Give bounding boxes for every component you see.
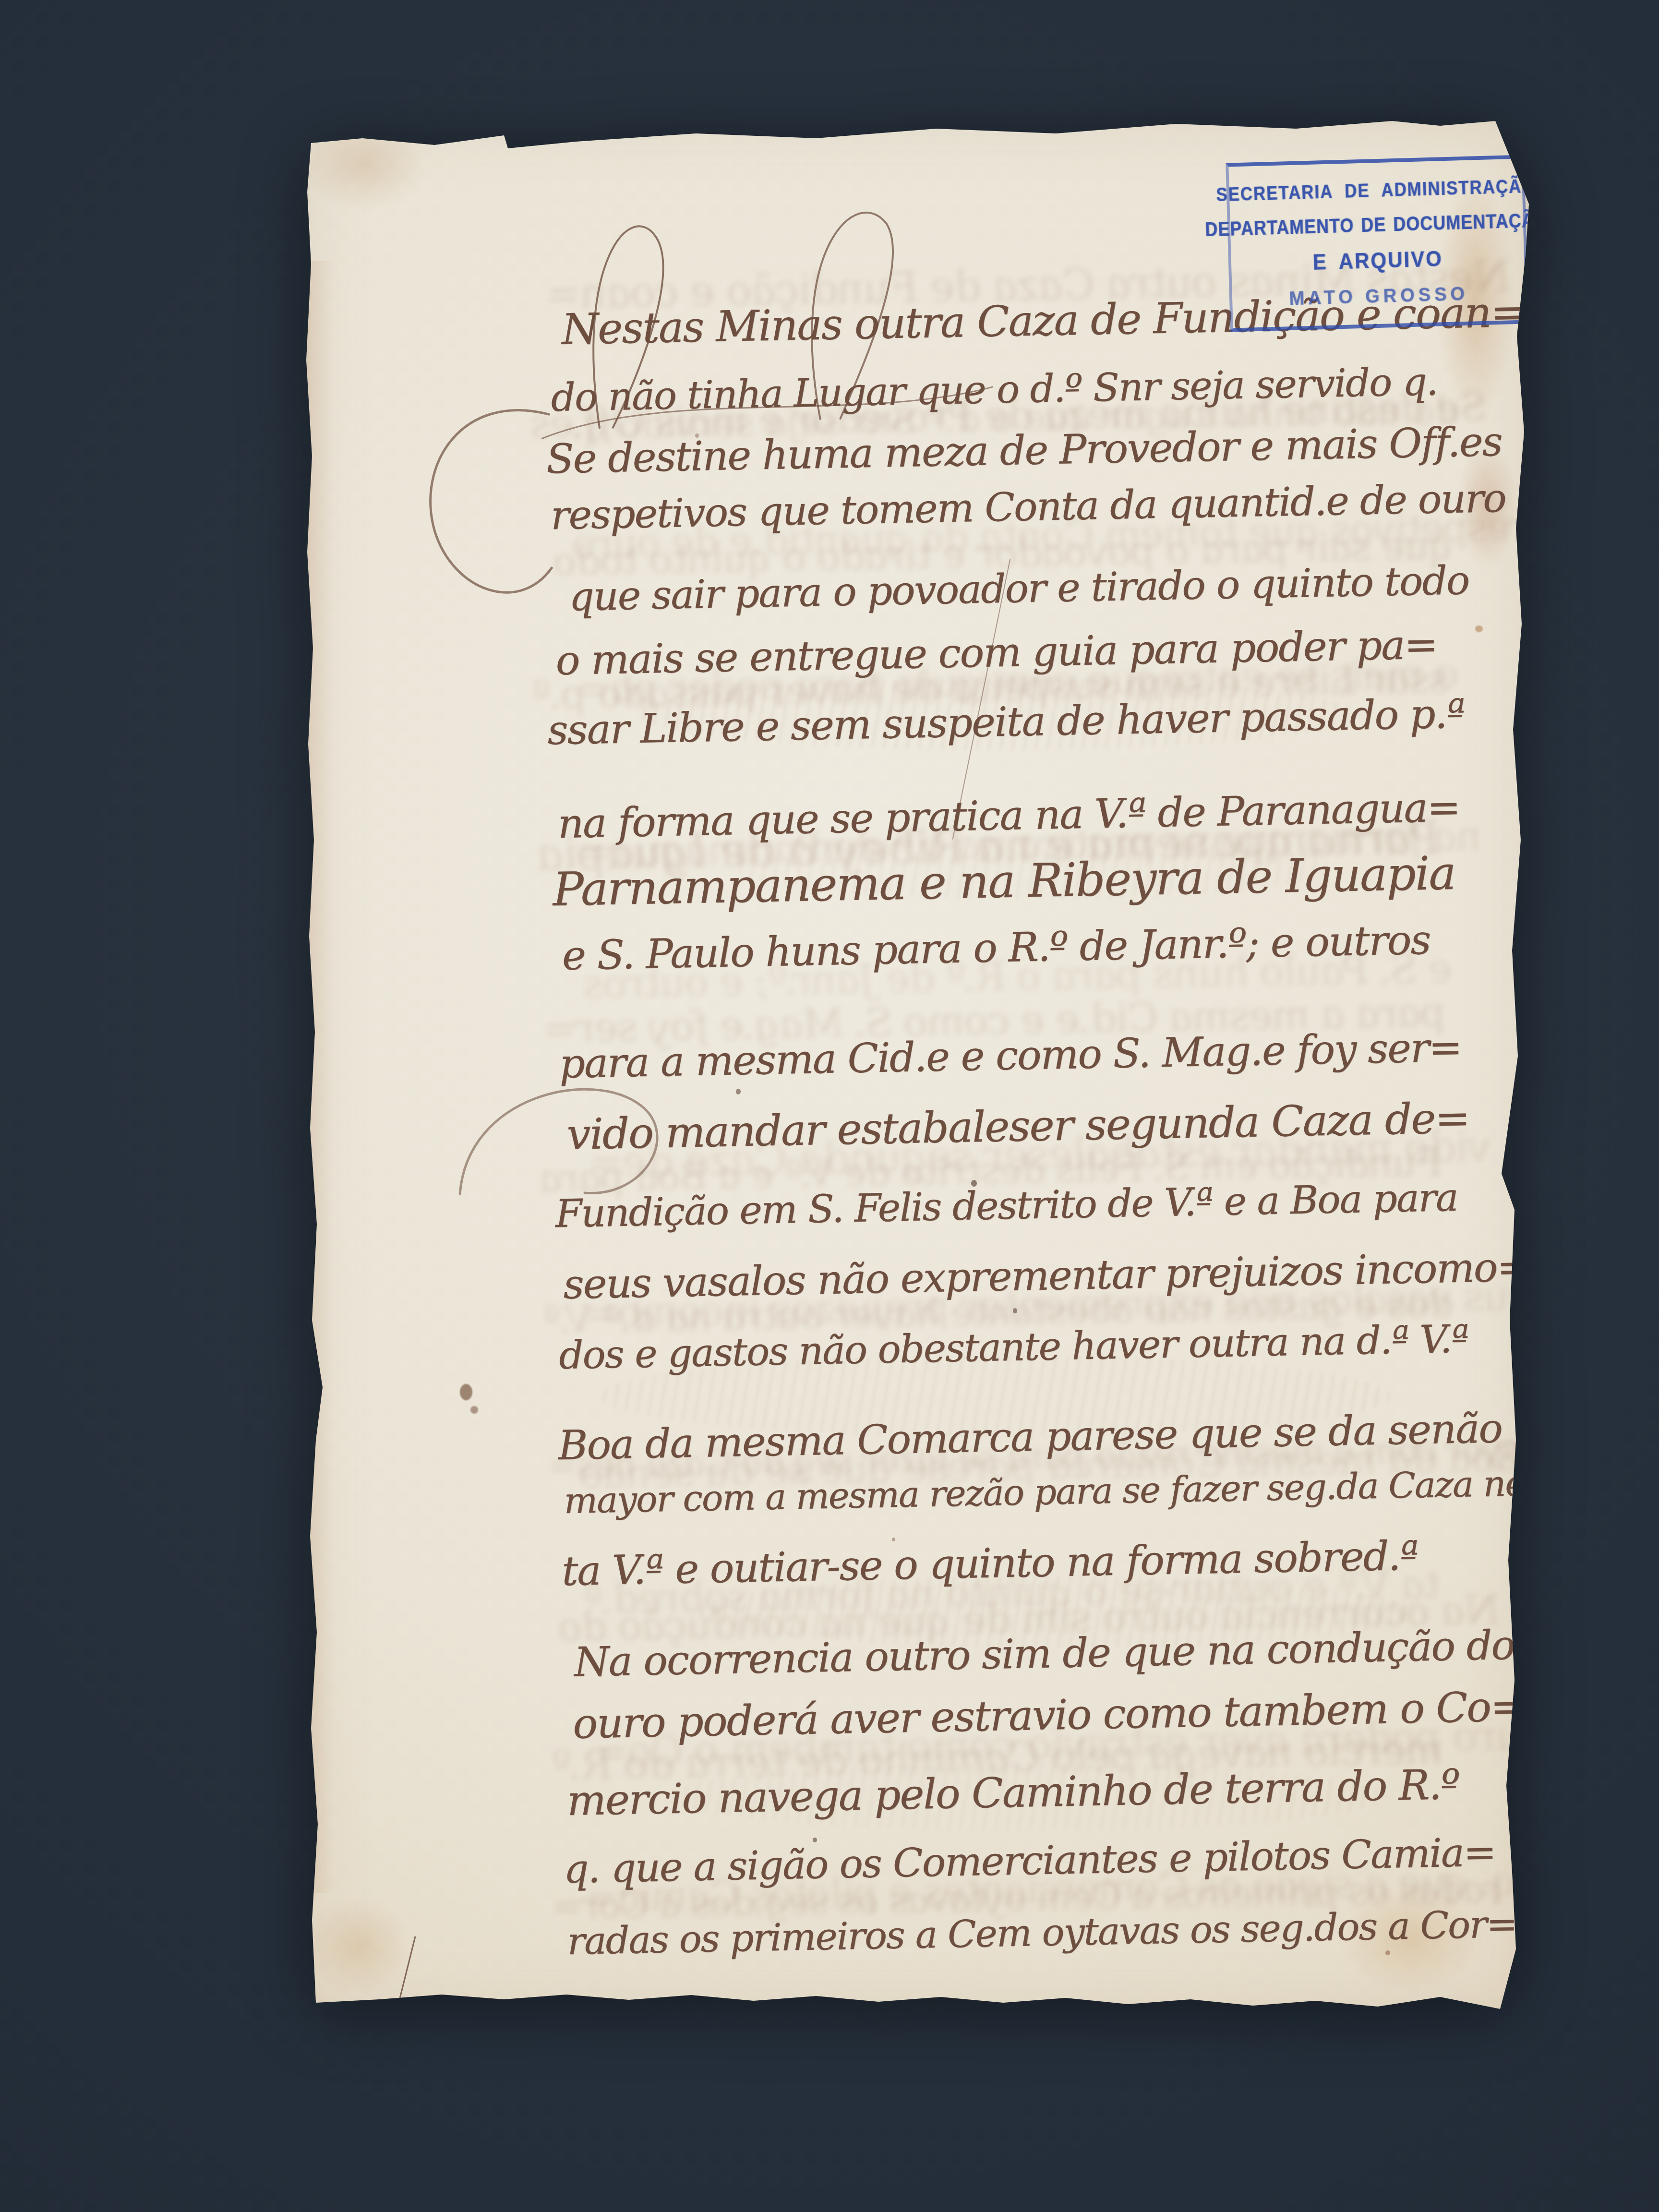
paper-shadow-wrap: Nestas Minas outra Caza de Fundição e co… — [0, 0, 1659, 2212]
stamp-line-arquivo: E ARQUIVO — [1312, 246, 1443, 275]
handwriting-layer: Nestas Minas outra Caza de Fundição e co… — [296, 99, 1560, 2022]
manuscript-line: ssar Libre e sem suspeita de haver passa… — [547, 687, 1604, 774]
manuscript-page: Nestas Minas outra Caza de Fundição e co… — [301, 117, 1530, 2018]
stamp-line-mato-grosso: MATO GROSSO — [1289, 283, 1469, 310]
manuscript-line: radas os primeiros a Cem oytavas os seg.… — [567, 1901, 1624, 1987]
photo-background: Nestas Minas outra Caza de Fundição e co… — [0, 0, 1659, 2212]
archive-stamp: SECRETARIA DE ADMINISTRAÇÃO DEPARTAMENTO… — [1226, 155, 1529, 332]
stamp-line-departamento: DEPARTAMENTO DE DOCUMENTAÇÃO — [1205, 208, 1549, 241]
stamp-line-secretaria: SECRETARIA DE ADMINISTRAÇÃO — [1215, 174, 1536, 206]
manuscript-line: dos e gastos não obestante haver outra n… — [558, 1314, 1615, 1400]
